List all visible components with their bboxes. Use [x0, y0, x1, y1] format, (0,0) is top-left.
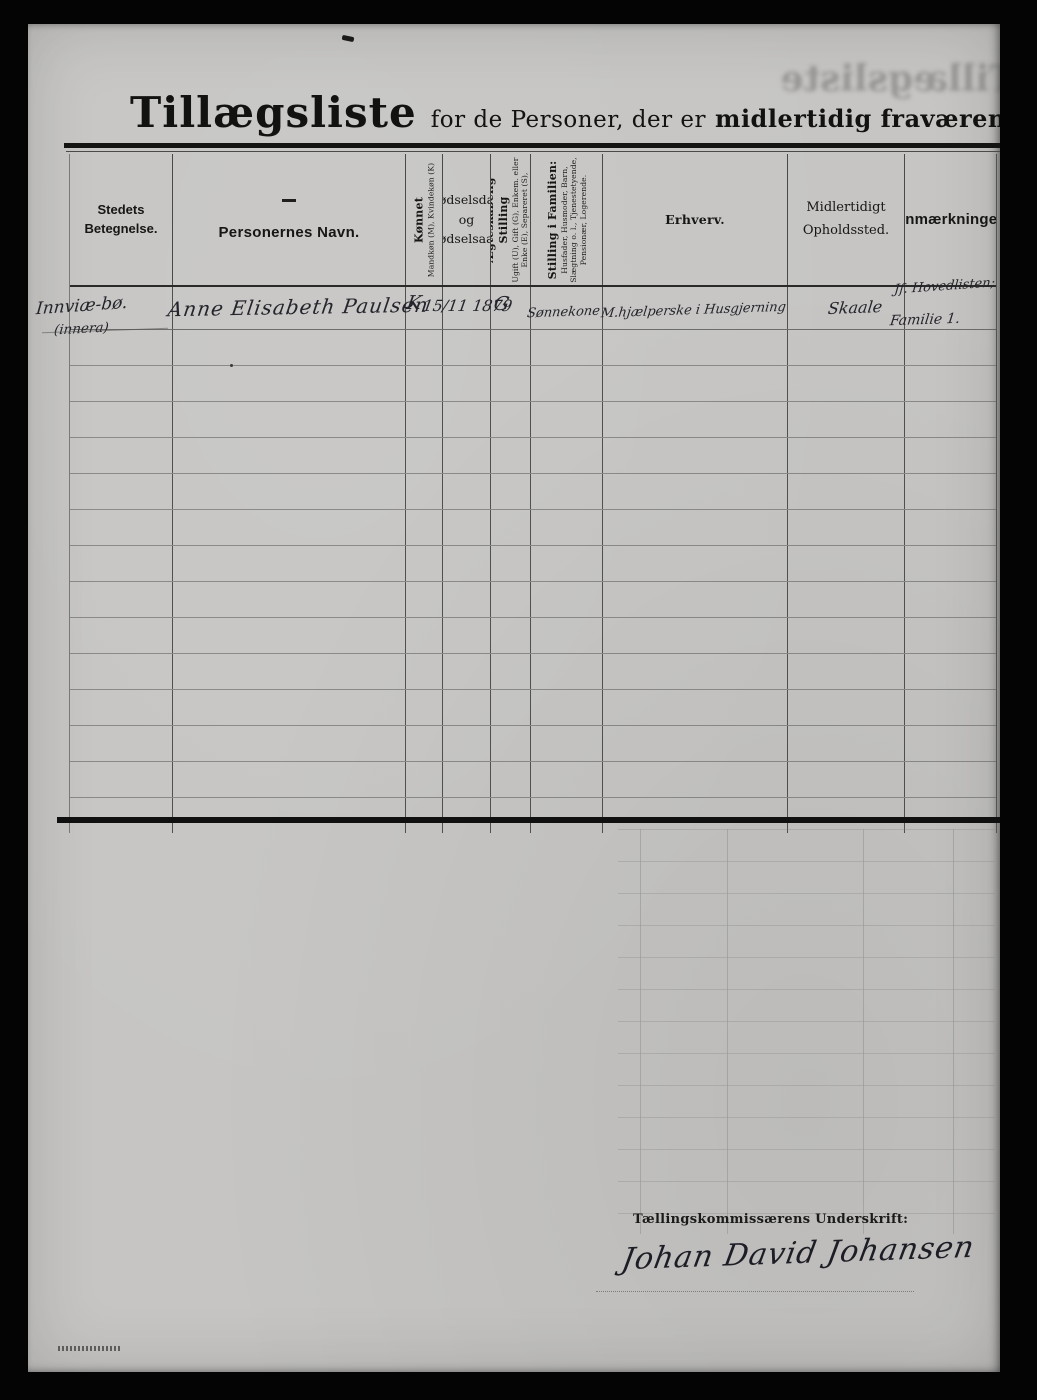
col-header-aegteskabelig-stilling: Ægteskabelig Stilling Ugift (U), Gift (G…	[491, 154, 531, 285]
signature-underline	[596, 1291, 914, 1292]
table-row-empty	[70, 690, 996, 726]
form-title-emphasis: midlertidig fraværende.	[715, 104, 1000, 133]
table-row-empty	[70, 654, 996, 690]
bleed-through-grid	[618, 829, 995, 1234]
col-header-label: Personernes Navn.	[219, 224, 360, 241]
top-rule-thick	[64, 143, 1000, 148]
entry-family-position: Sønnekone	[526, 304, 601, 322]
col-header-stilling-i-familien: Stilling i Familien: Husfader, Husmoder,…	[531, 154, 603, 285]
col-header-label: Kønnet	[412, 157, 426, 283]
col-header-sublabel: Mandkøn (M), Kvindekøn (K)	[426, 157, 435, 283]
commissioner-signature: Johan David Johansen	[619, 1230, 977, 1278]
scanned-census-page: Tillægsliste Tillægsliste for de Persone…	[0, 0, 1037, 1400]
table-row-empty	[70, 510, 996, 546]
entry-place-name-alt: (innera)	[53, 320, 109, 339]
col-header-label: Stilling i Familien:	[545, 157, 559, 283]
entry-person-name: Anne Elisabeth Paulsen	[166, 293, 430, 322]
col-header-midlertidigt-opholdssted: Midlertidigt Opholdssted.	[788, 154, 905, 285]
col-header-anmaerkninger: Anmærkninger.	[905, 154, 996, 285]
col-header-kjonnet: Kønnet Mandkøn (M), Kvindekøn (K)	[406, 154, 443, 285]
table-row-empty	[70, 618, 996, 654]
vertical-header: Stilling i Familien: Husfader, Husmoder,…	[545, 157, 587, 283]
bottom-rule-thick	[57, 817, 1000, 823]
table-row-empty	[70, 366, 996, 402]
entry-temporary-residence: Skaale	[827, 297, 884, 318]
form-title-mid: for de Personer, der er	[431, 107, 706, 133]
col-header-fodselsdag: Fødselsdag og Fødselsaar.	[443, 154, 491, 285]
col-header-label: Anmærkninger.	[905, 211, 996, 228]
col-header-stedets-betegnelse: Stedets Betegnelse.	[70, 154, 173, 285]
col-header-label: Stedets Betegnelse.	[70, 201, 172, 239]
table-row-empty	[70, 546, 996, 582]
table-row-empty	[70, 726, 996, 762]
table-row-empty	[70, 330, 996, 366]
table-body	[70, 287, 996, 833]
ink-smudge	[342, 35, 355, 42]
census-table: Stedets Betegnelse. Personernes Navn. Kø…	[69, 154, 997, 833]
top-rule-thin	[66, 151, 1000, 152]
col-header-erhverv: Erhverv.	[603, 154, 788, 285]
dash-mark	[282, 199, 296, 202]
table-row-empty	[70, 798, 996, 833]
vertical-header: Ægteskabelig Stilling Ugift (U), Gift (G…	[491, 157, 531, 283]
table-row-empty	[70, 474, 996, 510]
table-row-empty	[70, 762, 996, 798]
table-row-empty	[70, 402, 996, 438]
paper-sheet: Tillægsliste Tillægsliste for de Persone…	[28, 24, 1000, 1372]
table-row-empty	[70, 438, 996, 474]
col-header-sublabel: Ugift (U), Gift (G), Enkem. eller Enke (…	[510, 157, 531, 283]
col-header-label: Fødselsdag og Fødselsaar.	[443, 190, 491, 248]
col-header-personernes-navn: Personernes Navn.	[173, 154, 406, 285]
printer-mark	[58, 1346, 122, 1351]
signature-label: Tællingskommissærens Underskrift:	[633, 1212, 908, 1227]
ink-speck	[230, 364, 233, 367]
vertical-header: Kønnet Mandkøn (M), Kvindekøn (K)	[412, 157, 435, 283]
col-header-label: Erhverv.	[665, 212, 725, 227]
col-header-label: Midlertidigt Opholdssted.	[788, 197, 904, 241]
entry-remark-line2: Familie 1.	[889, 311, 961, 330]
form-title-main: Tillægsliste	[130, 88, 417, 137]
col-header-sublabel: Husfader, Husmoder, Barn, Slægtning o. l…	[559, 157, 587, 283]
form-title: Tillægsliste for de Personer, der er mid…	[130, 88, 1000, 137]
table-row-empty	[70, 582, 996, 618]
col-header-label: Ægteskabelig Stilling	[491, 157, 510, 283]
table-header-row: Stedets Betegnelse. Personernes Navn. Kø…	[70, 154, 996, 287]
